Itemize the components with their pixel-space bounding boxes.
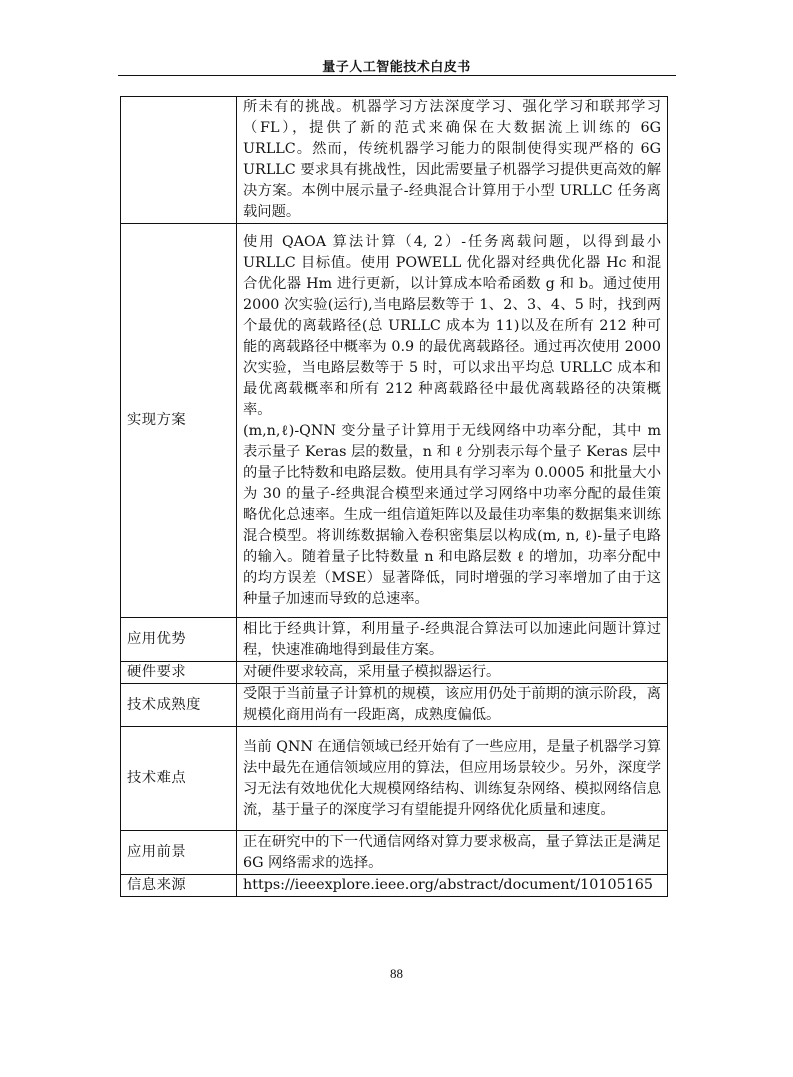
- info-table: 所未有的挑战。机器学习方法深度学习、强化学习和联邦学习（FL），提供了新的范式来…: [120, 96, 668, 897]
- table-row-source: 信息来源 https://ieeexplore.ieee.org/abstrac…: [121, 875, 668, 897]
- table-row-difficulty: 技术难点 当前 QNN 在通信领域已经开始有了一些应用，是量子机器学习算法中最先…: [121, 727, 668, 831]
- row-content: 正在研究中的下一代通信网络对算力要求极高，量子算法正是满足 6G 网络需求的选择…: [237, 831, 668, 875]
- page-header-title: 量子人工智能技术白皮书: [0, 56, 793, 75]
- paragraph: (m,n,ℓ)-QNN 变分量子计算用于无线网络中功率分配，其中 m 表示量子 …: [243, 421, 661, 610]
- header-rule: [118, 75, 676, 76]
- paragraph: 正在研究中的下一代通信网络对算力要求极高，量子算法正是满足 6G 网络需求的选择…: [243, 832, 661, 874]
- paragraph: 使用 QAOA 算法计算（4, 2）-任务离载问题，以得到最小 URLLC 目标…: [243, 232, 661, 421]
- paragraph: 对硬件要求较高，采用量子模拟器运行。: [243, 662, 661, 683]
- source-link[interactable]: https://ieeexplore.ieee.org/abstract/doc…: [243, 875, 661, 896]
- row-label: 硬件要求: [121, 662, 237, 684]
- paragraph: 当前 QNN 在通信领域已经开始有了一些应用，是量子机器学习算法中最先在通信领域…: [243, 737, 661, 821]
- row-content: 使用 QAOA 算法计算（4, 2）-任务离载问题，以得到最小 URLLC 目标…: [237, 224, 668, 618]
- row-label: [121, 97, 237, 224]
- row-content: 所未有的挑战。机器学习方法深度学习、强化学习和联邦学习（FL），提供了新的范式来…: [237, 97, 668, 224]
- table-row-maturity: 技术成熟度 受限于当前量子计算机的规模，该应用仍处于前期的演示阶段，离规模化商用…: [121, 684, 668, 727]
- table-row-intro-continued: 所未有的挑战。机器学习方法深度学习、强化学习和联邦学习（FL），提供了新的范式来…: [121, 97, 668, 224]
- paragraph: 所未有的挑战。机器学习方法深度学习、强化学习和联邦学习（FL），提供了新的范式来…: [243, 97, 661, 223]
- row-label: 技术难点: [121, 727, 237, 831]
- row-label: 信息来源: [121, 875, 237, 897]
- row-content: 相比于经典计算，利用量子-经典混合算法可以加速此问题计算过程，快速准确地得到最佳…: [237, 618, 668, 662]
- row-label: 应用前景: [121, 831, 237, 875]
- paragraph: 受限于当前量子计算机的规模，该应用仍处于前期的演示阶段，离规模化商用尚有一段距离…: [243, 684, 661, 726]
- row-label: 应用优势: [121, 618, 237, 662]
- row-content: 当前 QNN 在通信领域已经开始有了一些应用，是量子机器学习算法中最先在通信领域…: [237, 727, 668, 831]
- row-label: 技术成熟度: [121, 684, 237, 727]
- row-content: 对硬件要求较高，采用量子模拟器运行。: [237, 662, 668, 684]
- table-row-advantage: 应用优势 相比于经典计算，利用量子-经典混合算法可以加速此问题计算过程，快速准确…: [121, 618, 668, 662]
- row-content: https://ieeexplore.ieee.org/abstract/doc…: [237, 875, 668, 897]
- row-content: 受限于当前量子计算机的规模，该应用仍处于前期的演示阶段，离规模化商用尚有一段距离…: [237, 684, 668, 727]
- table-row-prospect: 应用前景 正在研究中的下一代通信网络对算力要求极高，量子算法正是满足 6G 网络…: [121, 831, 668, 875]
- table-row-hardware: 硬件要求 对硬件要求较高，采用量子模拟器运行。: [121, 662, 668, 684]
- page-number: 88: [0, 966, 793, 982]
- table-row-implementation: 实现方案 使用 QAOA 算法计算（4, 2）-任务离载问题，以得到最小 URL…: [121, 224, 668, 618]
- paragraph: 相比于经典计算，利用量子-经典混合算法可以加速此问题计算过程，快速准确地得到最佳…: [243, 619, 661, 661]
- row-label: 实现方案: [121, 224, 237, 618]
